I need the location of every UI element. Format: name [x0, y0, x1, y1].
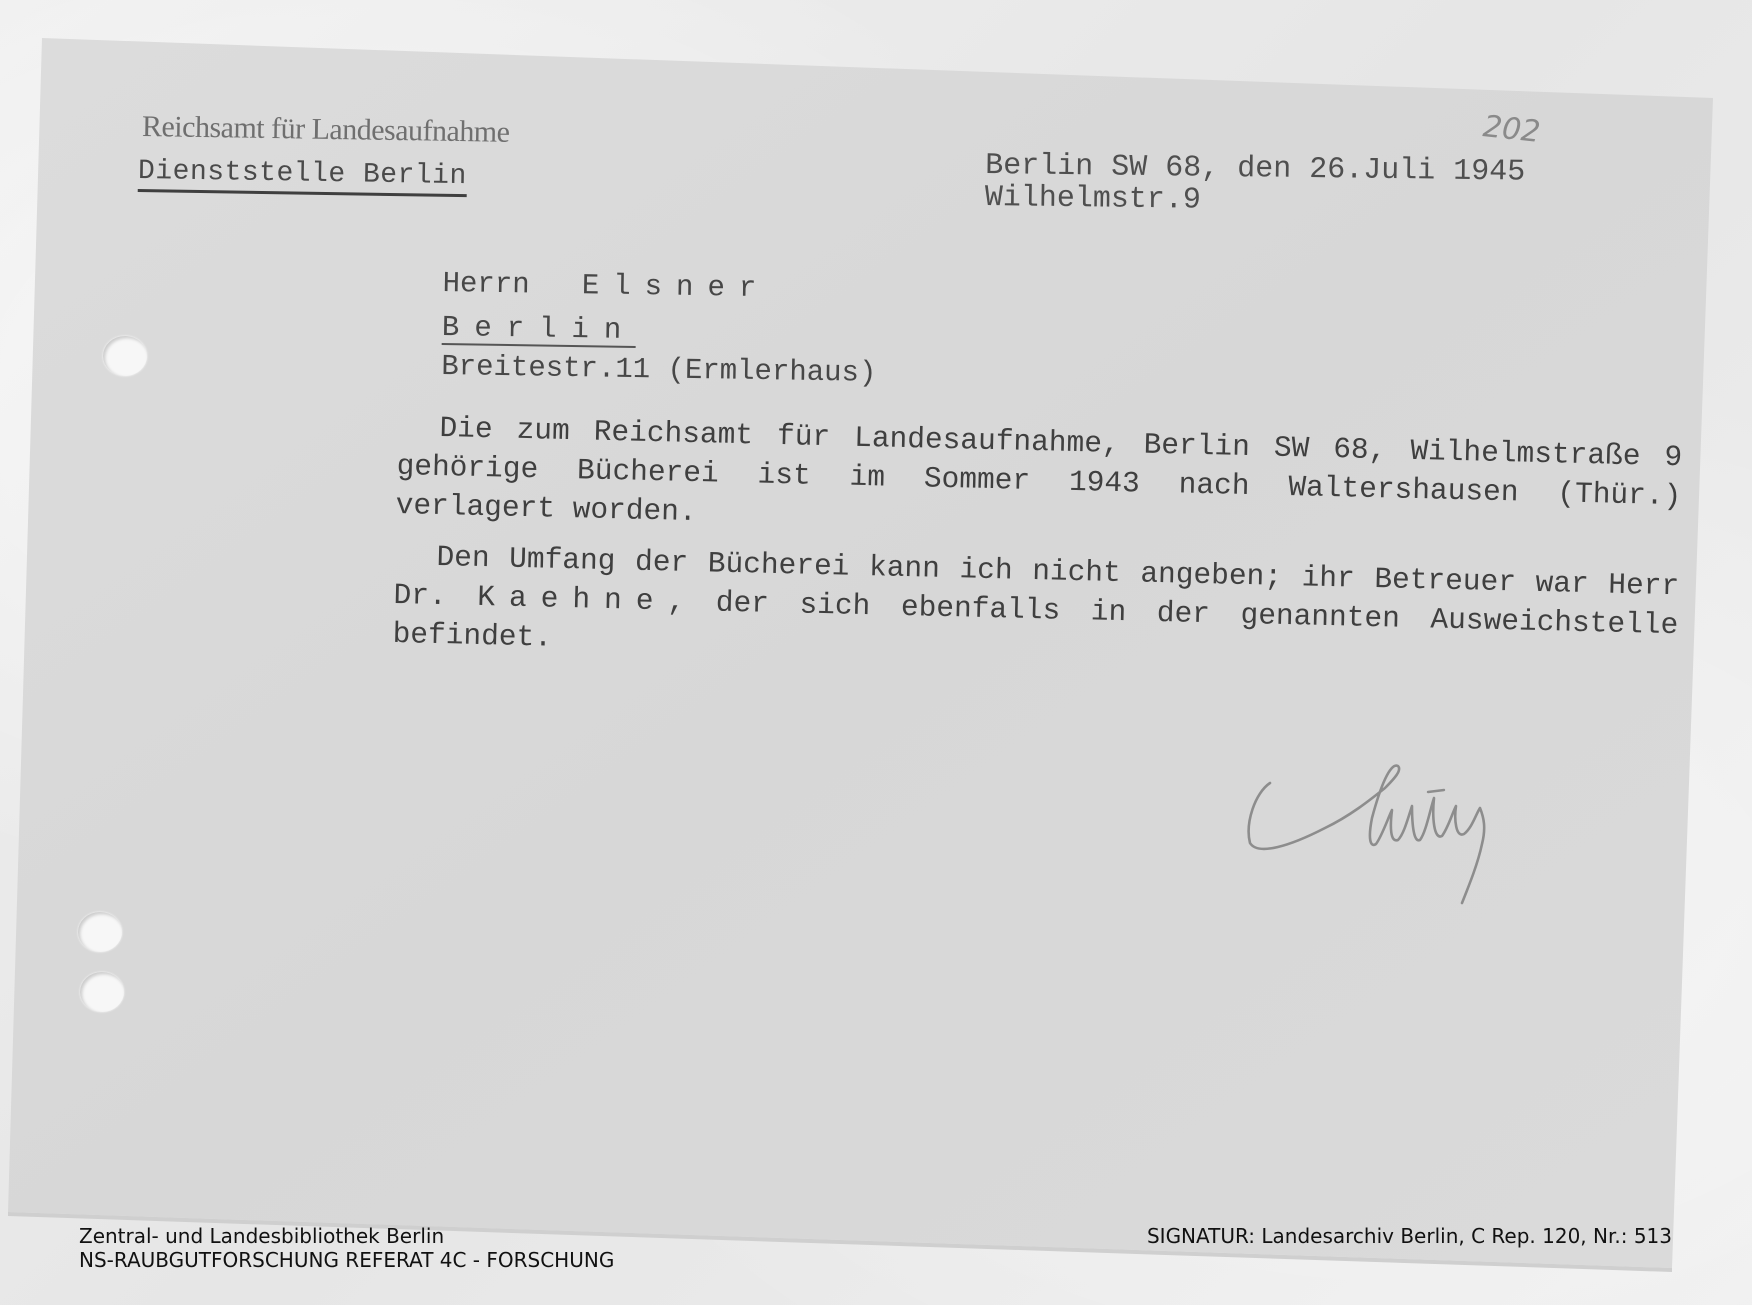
- footer-department: NS-RAUBGUTFORSCHUNG REFERAT 4C - FORSCHU…: [79, 1248, 614, 1272]
- archive-page-number: 202: [1481, 109, 1542, 150]
- recipient-line: Herrn Elsner: [442, 262, 878, 313]
- recipient-street: Breitestr.11: [441, 350, 650, 386]
- letterhead-office: Dienststelle Berlin: [138, 156, 467, 197]
- signature-stroke-icon: [1230, 748, 1530, 918]
- recipient-name: Elsner: [582, 269, 771, 305]
- body-paragraph-2: Den Umfang der Bücherei kann ich nicht a…: [392, 537, 1679, 684]
- footer-left: Zentral- und Landesbibliothek Berlin NS-…: [79, 1224, 614, 1272]
- letter-body: Die zum Reichsamt für Landesaufnahme, Be…: [392, 408, 1683, 696]
- recipient-building: (Ermlerhaus): [667, 354, 876, 390]
- letter: Reichsamt für Landesaufnahme Dienststell…: [0, 0, 1752, 1305]
- recipient-city: Berlin: [442, 313, 637, 348]
- letterhead-organization: Reichsamt für Landesaufnahme: [142, 110, 510, 150]
- footer-library: Zentral- und Landesbibliothek Berlin: [79, 1224, 614, 1248]
- footer-right: SIGNATUR: Landesarchiv Berlin, C Rep. 12…: [1147, 1224, 1672, 1248]
- recipient-address: Herrn Elsner Berlin Breitestr.11 (Ermler…: [441, 262, 878, 391]
- body-paragraph-1: Die zum Reichsamt für Landesaufnahme, Be…: [395, 408, 1682, 555]
- caretaker-name: Kaehne: [477, 580, 668, 618]
- footer-signature-reference: SIGNATUR: Landesarchiv Berlin, C Rep. 12…: [1147, 1224, 1672, 1248]
- recipient-street-line: Breitestr.11 (Ermlerhaus): [441, 350, 877, 391]
- recipient-salutation: Herrn: [442, 267, 530, 301]
- handwritten-signature: [1230, 748, 1530, 923]
- dateline: Berlin SW 68, den 26.Juli 1945 Wilhelmst…: [985, 150, 1526, 221]
